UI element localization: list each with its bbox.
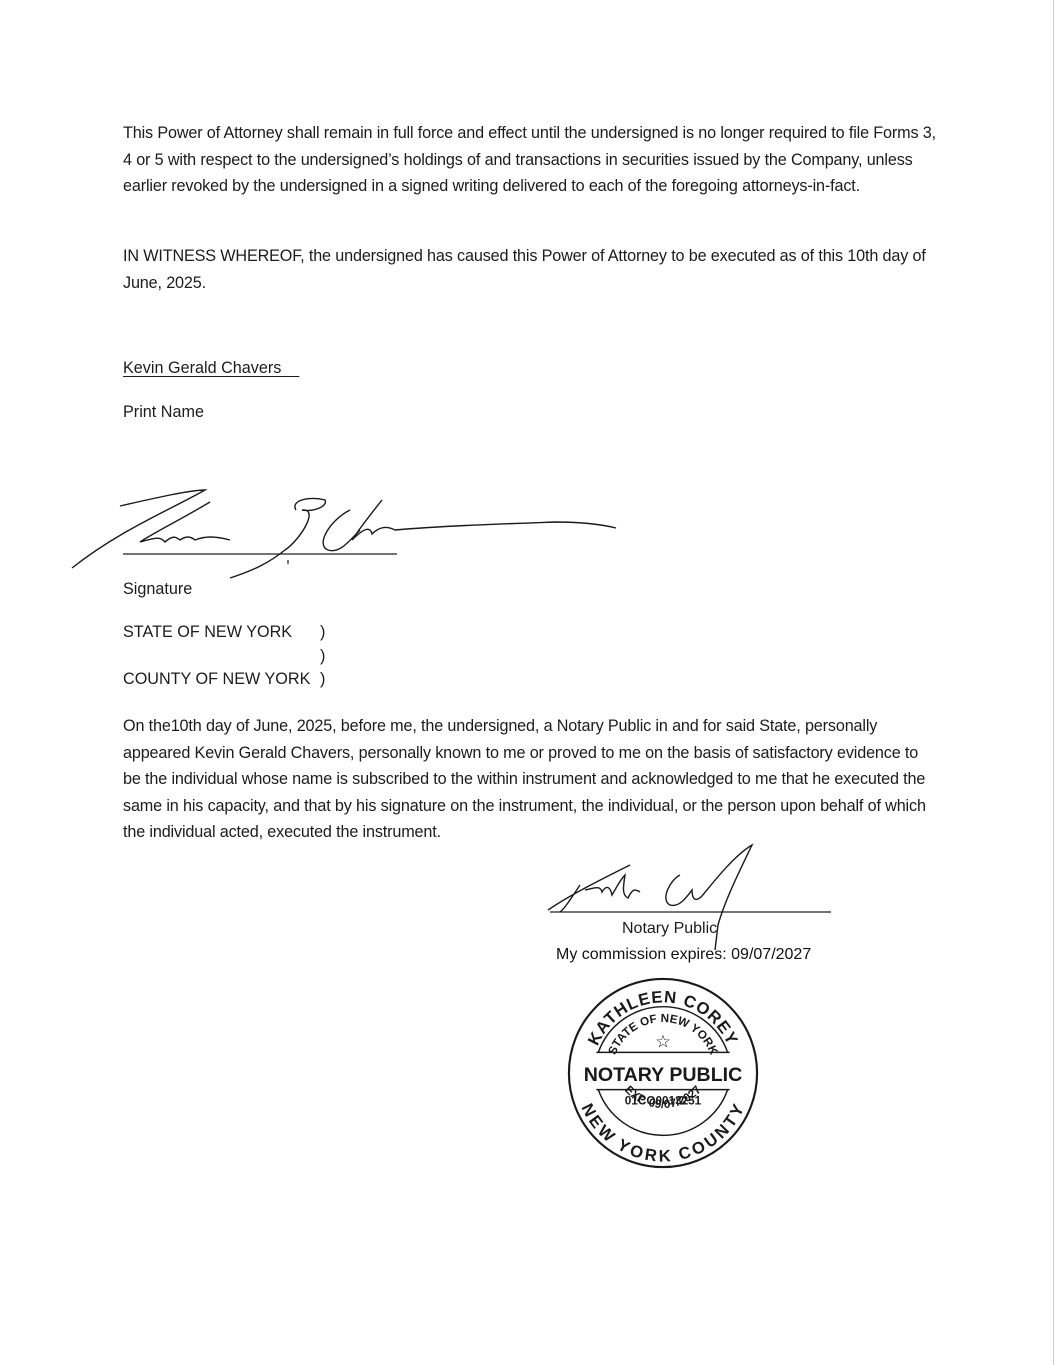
seal-title: NOTARY PUBLIC — [584, 1064, 743, 1086]
notary-acknowledgment: On the10th day of June, 2025, before me,… — [123, 713, 938, 846]
seal-star: ☆ — [655, 1033, 671, 1053]
venue-bracket: ) — [320, 670, 325, 689]
venue-county: COUNTY OF NEW YORK — [123, 670, 310, 689]
signer-signature-icon — [60, 470, 640, 590]
page-edge-divider — [1053, 0, 1054, 1365]
venue-bracket: ) — [320, 623, 325, 642]
paragraph-duration-clause: This Power of Attorney shall remain in f… — [123, 120, 938, 200]
print-name-label: Print Name — [123, 403, 204, 422]
venue-state: STATE OF NEW YORK — [123, 623, 292, 642]
paragraph-witness-whereof: IN WITNESS WHEREOF, the undersigned has … — [123, 243, 938, 296]
document-page: This Power of Attorney shall remain in f… — [0, 0, 1055, 1365]
commission-expiration: My commission expires: 09/07/2027 — [556, 946, 811, 964]
print-name-value: Kevin Gerald Chavers — [123, 359, 299, 378]
signature-label: Signature — [123, 580, 192, 599]
notary-public-label: Notary Public — [622, 920, 717, 938]
venue-bracket: ) — [320, 647, 325, 666]
notary-seal-icon: KATHLEEN COREY STATE OF NEW YORK ☆ NOTAR… — [565, 975, 761, 1171]
